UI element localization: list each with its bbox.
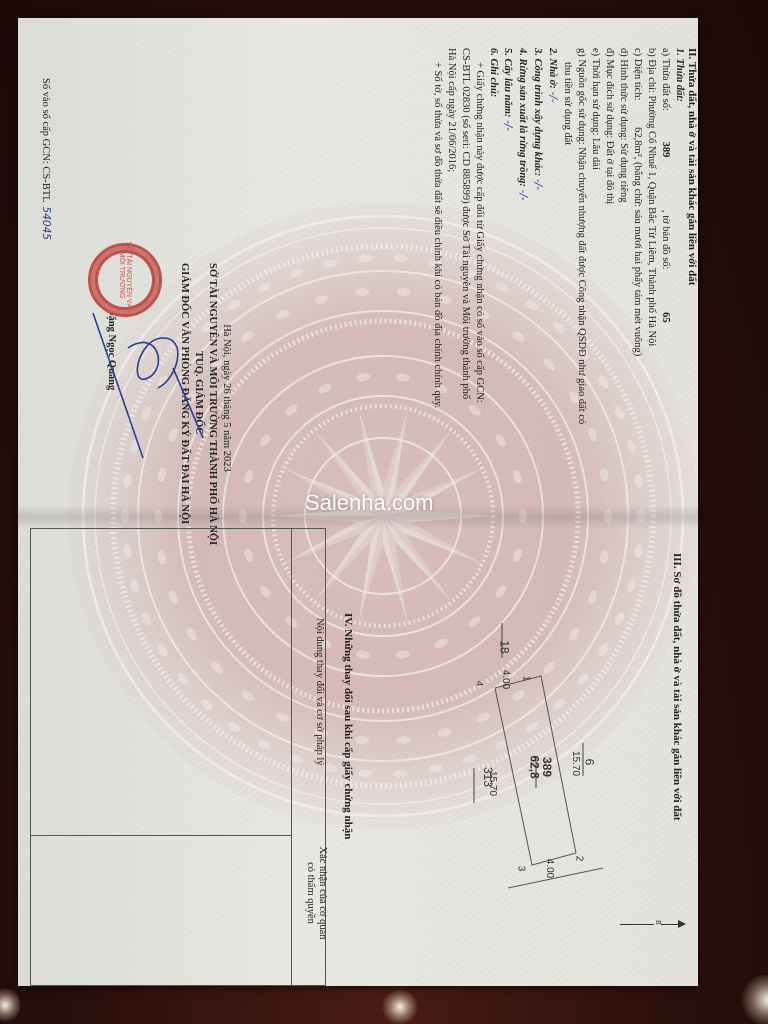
note-line-2: CS-BTL 02830 (số seri: CD 885899) được S… [458, 48, 472, 518]
edge-length-top: 4.00 [500, 670, 511, 689]
area-row: c) Diện tích: 62,8m², (bằng chữ: sáu mươ… [630, 48, 644, 518]
plot-area-label: 62,8 [528, 755, 542, 778]
section-iv: IV. Những thay đổi sau khi cấp giấy chứn… [342, 613, 354, 839]
light-glare [380, 990, 420, 1024]
neighbor-313: 313 [481, 767, 495, 787]
neighbor-18: 18 [498, 640, 512, 653]
edge-length-right: 15.70 [570, 751, 581, 776]
usage-purpose-row: đ) Mục đích sử dụng: Đất ở tại đô thị [602, 48, 616, 518]
section-ii: II. Thửa đất, nhà ở và tài sản khác gắn … [430, 48, 698, 518]
vertex-3: 3 [515, 866, 526, 872]
neighbor-6: 6 [582, 759, 596, 766]
house-row: 2. Nhà ở: -/- [545, 48, 560, 518]
signature-scribble [88, 308, 208, 478]
plot-number-label: 389 [540, 757, 554, 777]
other-construction-row: 3. Công trình xây dựng khác: -/- [530, 48, 545, 518]
note-line-4: + Số tờ, số thửa và sơ đồ thửa đất sẽ đi… [430, 48, 444, 518]
note-line-1: + Giấy chứng nhận này được cấp đổi từ Gi… [472, 48, 486, 518]
vertex-4: 4 [473, 681, 484, 687]
address-row: b) Địa chỉ: Phường Cổ Nhuế 1, Quận Bắc T… [644, 48, 658, 518]
north-label: B [654, 919, 661, 926]
light-glare [0, 985, 20, 1024]
changes-table [30, 528, 326, 986]
area-value: 62,8m², (bằng chữ: sáu mươi hai phẩy tám… [632, 103, 643, 356]
thua-dat-heading: 1. Thửa đất: [672, 48, 686, 518]
section-iii-title: III. Sơ đồ thửa đất, nhà ở và tài sản kh… [671, 553, 683, 821]
table-column-divider [31, 835, 291, 836]
official-stamp: SỞ TÀI NGUYÊN VÀ MÔI TRƯỜNG [88, 243, 162, 317]
plot-number-row: a) Thửa đất số: 389 , tờ bản đồ số: 65 [658, 48, 672, 518]
section-iv-title: IV. Những thay đổi sau khi cấp giấy chứn… [342, 613, 354, 839]
light-glare [738, 975, 768, 1024]
vertex-2: 2 [573, 856, 584, 862]
plot-number: 389 [660, 114, 671, 158]
perennial-trees-row: 5. Cây lâu năm: -/- [500, 48, 515, 518]
registry-value: 54045 [40, 207, 52, 240]
usage-origin-row: g) Nguồn gốc sử dụng: Nhận chuyển nhượng… [574, 48, 588, 518]
usage-form-row: d) Hình thức sử dụng: Sử dụng riêng [616, 48, 630, 518]
usage-term-row: e) Thời hạn sử dụng: Lâu dài [588, 48, 602, 518]
column-header-changes: Nội dung thay đổi và cơ sở pháp lý [312, 618, 326, 766]
section-iii: III. Sơ đồ thửa đất, nhà ở và tài sản kh… [671, 553, 683, 821]
vertex-1: 1 [520, 676, 531, 682]
forest-row: 4. Rừng sản xuất là rừng trồng: -/- [515, 48, 530, 518]
map-sheet-number: 65 [660, 272, 671, 323]
notes-heading: 6. Ghi chú: [486, 48, 500, 518]
edge-length-bottom: 4.00 [544, 859, 555, 878]
site-watermark: Salenha.com [305, 490, 433, 516]
section-ii-title: II. Thửa đất, nhà ở và tài sản khác gắn … [686, 48, 698, 518]
table-header-divider [291, 529, 292, 985]
north-arrow [620, 924, 680, 925]
usage-origin-row-2: thu tiền sử dụng đất [560, 48, 574, 518]
plot-diagram [458, 598, 638, 898]
north-arrow-head [678, 920, 686, 928]
issue-date: Hà Nội, ngày 26 tháng 5 năm 2023 [219, 263, 233, 523]
registry-number: Số vào sổ cấp GCN: CS-BTL 54045 [38, 78, 56, 240]
note-line-3: Hà Nội cấp ngày 21/06/2016; [444, 48, 458, 518]
column-header-confirmation: Xác nhận của cơ quan có thẩm quyền [304, 843, 328, 943]
